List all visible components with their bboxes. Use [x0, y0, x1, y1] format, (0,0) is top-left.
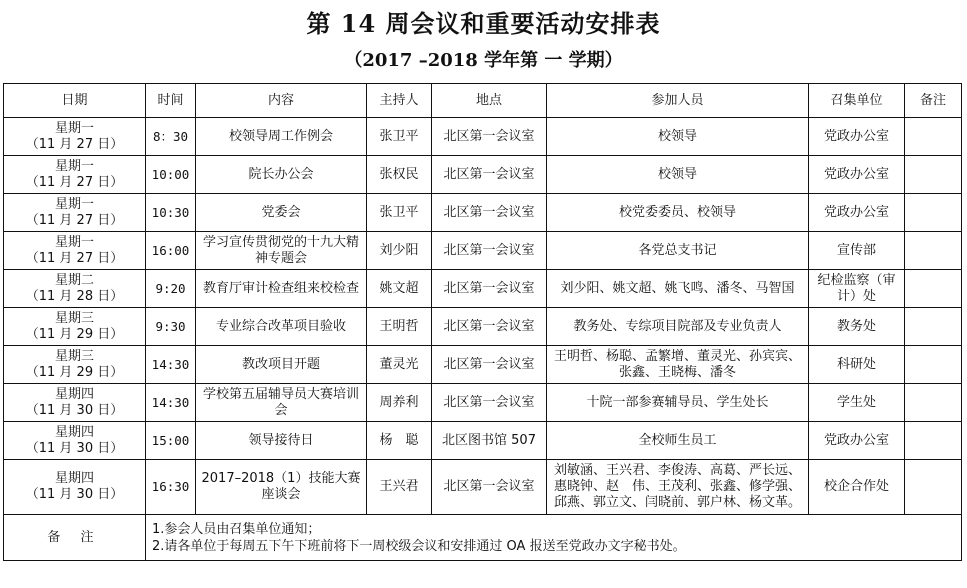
remark-cell	[905, 270, 962, 308]
organizer-cell: 纪检监察（审计）处	[809, 270, 905, 308]
col-header-host: 主持人	[367, 84, 432, 118]
schedule-table: 日期 时间 内容 主持人 地点 参加人员 召集单位 备注 星期一（11 月 27…	[3, 83, 962, 561]
attendees-cell: 十院一部参赛辅导员、学生处长	[547, 384, 809, 422]
host-cell: 刘少阳	[367, 232, 432, 270]
organizer-cell: 宣传部	[809, 232, 905, 270]
weekday: 星期三	[55, 349, 94, 364]
time-cell: 15:00	[146, 422, 196, 460]
host-cell: 董灵光	[367, 346, 432, 384]
date: （11 月 29 日）	[6, 365, 143, 381]
table-row: 星期二（11 月 28 日）9:20教育厅审计检查组来校检查姚文超北区第一会议室…	[4, 270, 962, 308]
date-cell: 星期四（11 月 30 日）	[4, 384, 146, 422]
date-cell: 星期四（11 月 30 日）	[4, 460, 146, 515]
remark-cell	[905, 460, 962, 515]
remark-cell	[905, 194, 962, 232]
host-cell: 王兴君	[367, 460, 432, 515]
location-cell: 北区第一会议室	[432, 156, 547, 194]
date: （11 月 30 日）	[6, 403, 143, 419]
date: （11 月 30 日）	[6, 441, 143, 457]
remark-cell	[905, 308, 962, 346]
table-row: 星期三（11 月 29 日）9:30专业综合改革项目验收王明哲北区第一会议室教务…	[4, 308, 962, 346]
weekday: 星期四	[55, 471, 94, 486]
time-cell: 14:30	[146, 384, 196, 422]
page-title: 第 14 周会议和重要活动安排表	[0, 4, 967, 39]
time-cell: 14:30	[146, 346, 196, 384]
content-cell: 教改项目开题	[196, 346, 367, 384]
table-row: 星期一（11 月 27 日）8：30校领导周工作例会张卫平北区第一会议室校领导党…	[4, 118, 962, 156]
col-header-time: 时间	[146, 84, 196, 118]
organizer-cell: 党政办公室	[809, 156, 905, 194]
organizer-cell: 科研处	[809, 346, 905, 384]
remark-cell	[905, 156, 962, 194]
content-cell: 领导接待日	[196, 422, 367, 460]
attendees-cell: 刘少阳、姚文超、姚飞鸣、潘冬、马智国	[547, 270, 809, 308]
table-row: 星期四（11 月 30 日）16:302017–2018（1）技能大赛座谈会王兴…	[4, 460, 962, 515]
col-header-location: 地点	[432, 84, 547, 118]
notes-label: 备 注	[4, 515, 146, 561]
location-cell: 北区第一会议室	[432, 118, 547, 156]
organizer-cell: 党政办公室	[809, 118, 905, 156]
col-header-organizer: 召集单位	[809, 84, 905, 118]
table-row: 星期一（11 月 27 日）10:30党委会张卫平北区第一会议室校党委委员、校领…	[4, 194, 962, 232]
content-cell: 学校第五届辅导员大赛培训会	[196, 384, 367, 422]
time-cell: 10:00	[146, 156, 196, 194]
date-cell: 星期四（11 月 30 日）	[4, 422, 146, 460]
organizer-cell: 学生处	[809, 384, 905, 422]
weekday: 星期四	[55, 387, 94, 402]
header-row: 日期 时间 内容 主持人 地点 参加人员 召集单位 备注	[4, 84, 962, 118]
attendees-cell: 校党委委员、校领导	[547, 194, 809, 232]
date-cell: 星期一（11 月 27 日）	[4, 232, 146, 270]
remark-cell	[905, 346, 962, 384]
date: （11 月 29 日）	[6, 327, 143, 343]
time-cell: 8：30	[146, 118, 196, 156]
table-row: 星期四（11 月 30 日）15:00领导接待日杨 聪北区图书馆 507全校师生…	[4, 422, 962, 460]
host-cell: 姚文超	[367, 270, 432, 308]
time-cell: 16:30	[146, 460, 196, 515]
attendees-cell: 王明哲、杨聪、孟繁增、董灵光、孙宾宾、张鑫、王晓梅、潘冬	[547, 346, 809, 384]
organizer-cell: 教务处	[809, 308, 905, 346]
remark-cell	[905, 422, 962, 460]
date-cell: 星期三（11 月 29 日）	[4, 346, 146, 384]
location-cell: 北区第一会议室	[432, 346, 547, 384]
time-cell: 9:30	[146, 308, 196, 346]
date: （11 月 27 日）	[6, 213, 143, 229]
location-cell: 北区图书馆 507	[432, 422, 547, 460]
content-cell: 院长办公会	[196, 156, 367, 194]
organizer-cell: 校企合作处	[809, 460, 905, 515]
attendees-cell: 校领导	[547, 118, 809, 156]
content-cell: 校领导周工作例会	[196, 118, 367, 156]
notes-row: 备 注 1.参会人员由召集单位通知； 2.请各单位于每周五下午下班前将下一周校级…	[4, 515, 962, 561]
date-cell: 星期一（11 月 27 日）	[4, 118, 146, 156]
location-cell: 北区第一会议室	[432, 460, 547, 515]
host-cell: 张权民	[367, 156, 432, 194]
remark-cell	[905, 384, 962, 422]
location-cell: 北区第一会议室	[432, 308, 547, 346]
time-cell: 10:30	[146, 194, 196, 232]
organizer-cell: 党政办公室	[809, 422, 905, 460]
remark-cell	[905, 118, 962, 156]
time-cell: 9:20	[146, 270, 196, 308]
location-cell: 北区第一会议室	[432, 232, 547, 270]
col-header-remark: 备注	[905, 84, 962, 118]
attendees-cell: 各党总支书记	[547, 232, 809, 270]
location-cell: 北区第一会议室	[432, 384, 547, 422]
date-cell: 星期一（11 月 27 日）	[4, 194, 146, 232]
location-cell: 北区第一会议室	[432, 194, 547, 232]
weekday: 星期一	[55, 159, 94, 174]
host-cell: 周养利	[367, 384, 432, 422]
table-row: 星期一（11 月 27 日）16:00学习宣传贯彻党的十九大精神专题会刘少阳北区…	[4, 232, 962, 270]
weekday: 星期一	[55, 197, 94, 212]
host-cell: 张卫平	[367, 118, 432, 156]
weekday: 星期一	[55, 235, 94, 250]
weekday: 星期三	[55, 311, 94, 326]
time-cell: 16:00	[146, 232, 196, 270]
date-cell: 星期三（11 月 29 日）	[4, 308, 146, 346]
date-cell: 星期二（11 月 28 日）	[4, 270, 146, 308]
notes-text: 1.参会人员由召集单位通知； 2.请各单位于每周五下午下班前将下一周校级会议和安…	[146, 515, 962, 561]
date: （11 月 27 日）	[6, 175, 143, 191]
weekday: 星期一	[55, 121, 94, 136]
col-header-attendees: 参加人员	[547, 84, 809, 118]
content-cell: 专业综合改革项目验收	[196, 308, 367, 346]
content-cell: 教育厅审计检查组来校检查	[196, 270, 367, 308]
date: （11 月 27 日）	[6, 137, 143, 153]
note-line-2: 2.请各单位于每周五下午下班前将下一周校级会议和安排通过 OA 报送至党政办文字…	[152, 538, 959, 555]
date: （11 月 27 日）	[6, 251, 143, 267]
note-line-1: 1.参会人员由召集单位通知；	[152, 521, 959, 538]
page-subtitle: （2017 –2018 学年第 一 学期）	[0, 46, 967, 72]
organizer-cell: 党政办公室	[809, 194, 905, 232]
weekday: 星期二	[55, 273, 94, 288]
content-cell: 2017–2018（1）技能大赛座谈会	[196, 460, 367, 515]
table-row: 星期三（11 月 29 日）14:30教改项目开题董灵光北区第一会议室王明哲、杨…	[4, 346, 962, 384]
table-row: 星期四（11 月 30 日）14:30学校第五届辅导员大赛培训会周养利北区第一会…	[4, 384, 962, 422]
host-cell: 杨 聪	[367, 422, 432, 460]
attendees-cell: 校领导	[547, 156, 809, 194]
content-cell: 党委会	[196, 194, 367, 232]
host-cell: 王明哲	[367, 308, 432, 346]
col-header-content: 内容	[196, 84, 367, 118]
content-cell: 学习宣传贯彻党的十九大精神专题会	[196, 232, 367, 270]
table-row: 星期一（11 月 27 日）10:00院长办公会张权民北区第一会议室校领导党政办…	[4, 156, 962, 194]
location-cell: 北区第一会议室	[432, 270, 547, 308]
date-cell: 星期一（11 月 27 日）	[4, 156, 146, 194]
col-header-date: 日期	[4, 84, 146, 118]
remark-cell	[905, 232, 962, 270]
attendees-cell: 刘敏涵、王兴君、李俊涛、高葛、严长远、惠晓钟、赵 伟、王茂利、张鑫、修学强、邱燕…	[547, 460, 809, 515]
host-cell: 张卫平	[367, 194, 432, 232]
date: （11 月 30 日）	[6, 487, 143, 503]
date: （11 月 28 日）	[6, 289, 143, 305]
attendees-cell: 教务处、专综项目院部及专业负责人	[547, 308, 809, 346]
attendees-cell: 全校师生员工	[547, 422, 809, 460]
weekday: 星期四	[55, 425, 94, 440]
